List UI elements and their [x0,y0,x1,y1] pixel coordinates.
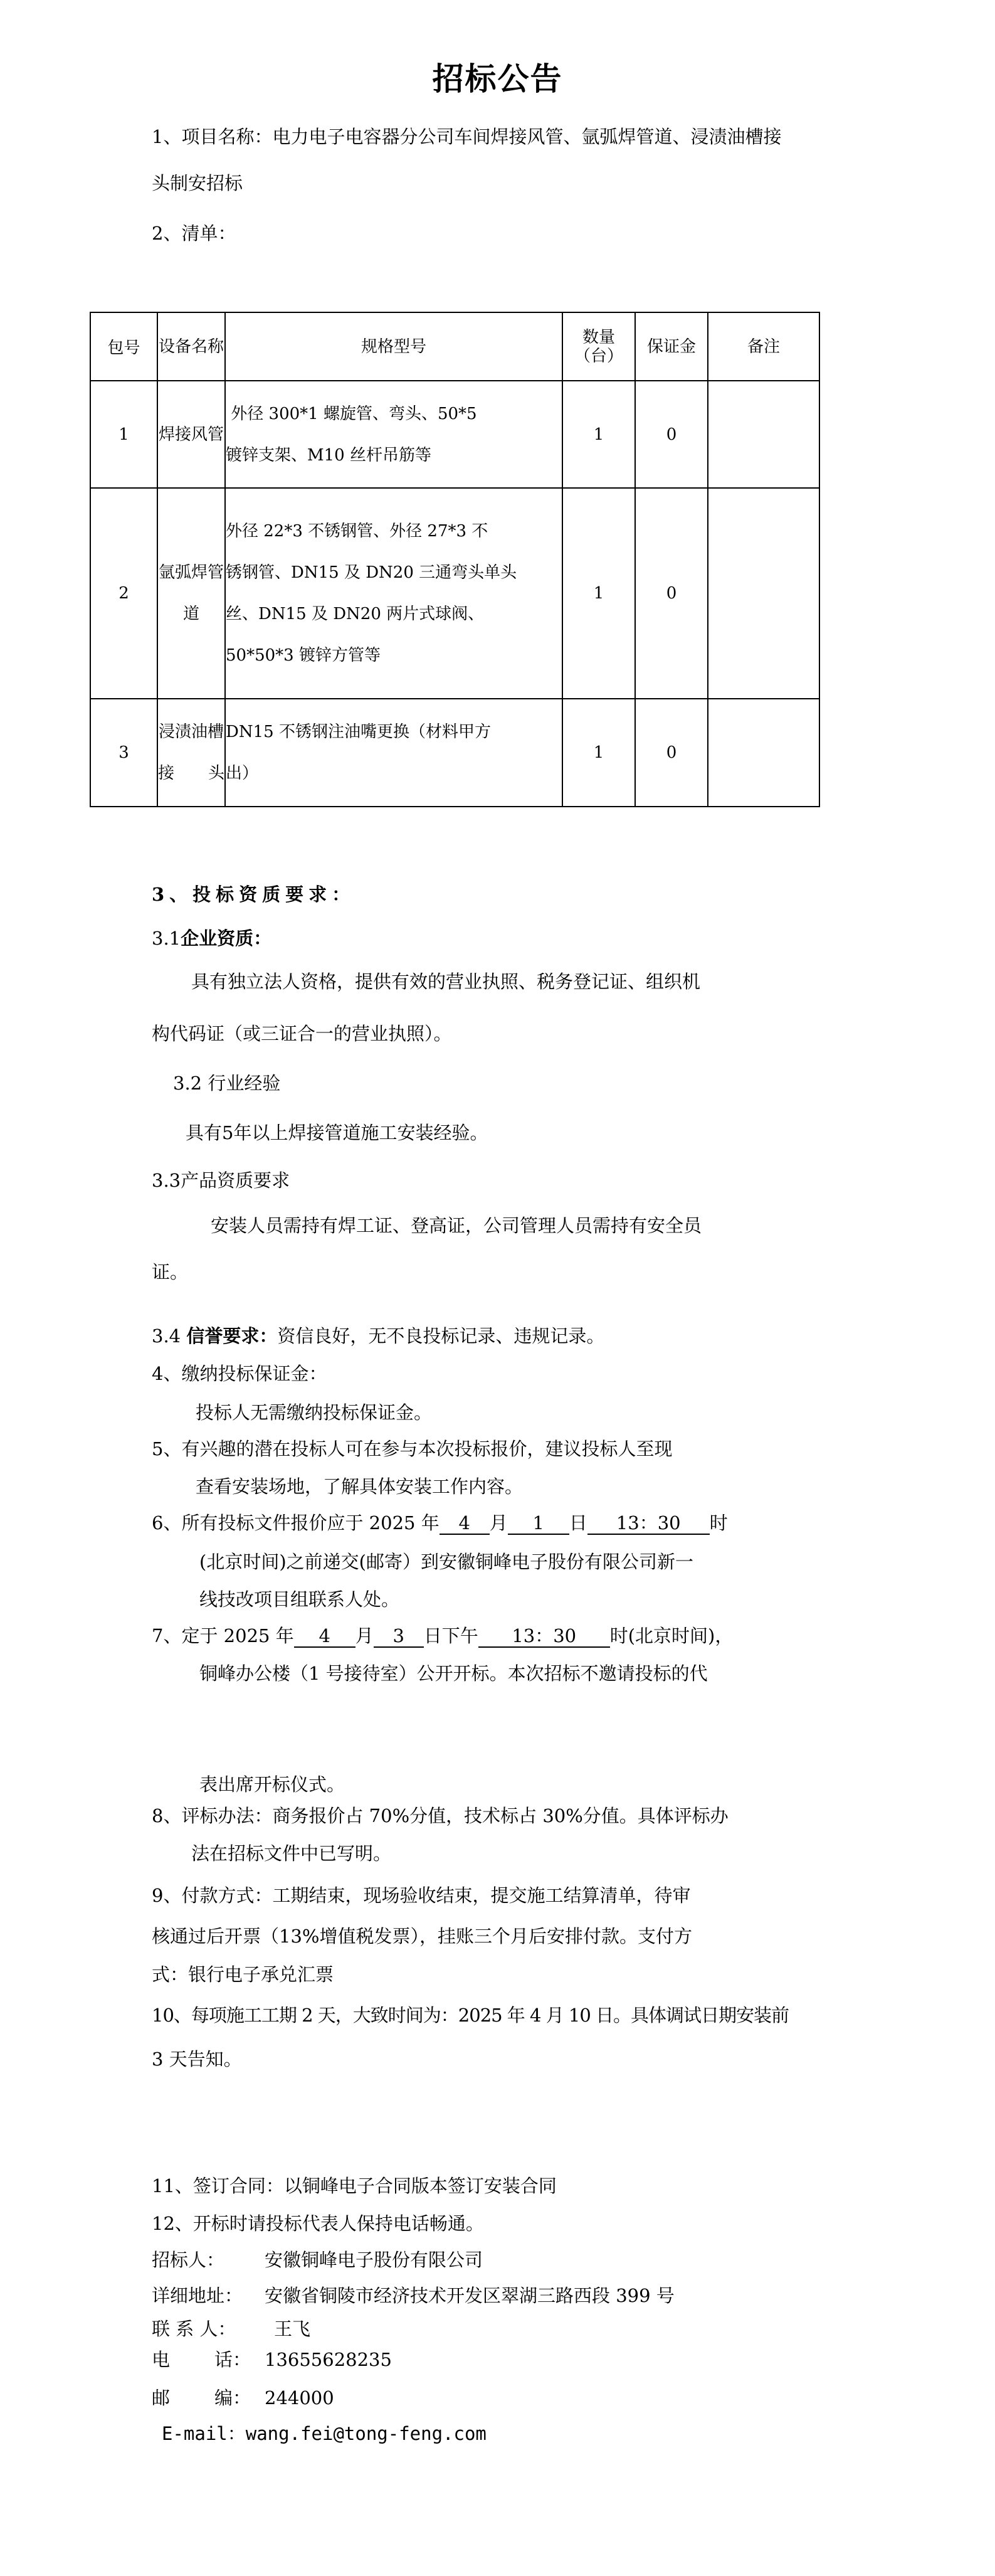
spec-line: 外径 22*3 不锈钢管、外径 27*3 不 [226,511,562,552]
header-quantity: 数量（台） [562,312,635,381]
spec-line: 50*50*3 镀锌方管等 [226,635,562,676]
cell-deposit: 0 [635,699,708,807]
cell-spec: DN15 不锈钢注油嘴更换（材料甲方 出） [225,699,562,807]
address-label: 详细地址： [152,2283,265,2308]
cell-package-no: 1 [90,381,157,488]
contact-person-line: 联 系 人：王飞 [152,2316,310,2341]
cell-quantity: 1 [562,381,635,488]
phone-label-b: 话： [214,2347,265,2372]
product-qualification-heading: 3.3产品资质要求 [152,1168,290,1193]
phone-value[interactable]: 13655628235 [265,2349,392,2370]
submission-deadline-line3: 线技改项目组联系人处。 [199,1587,399,1612]
deadline-time: 13：30 [587,1512,710,1535]
tenderer-label: 招标人： [152,2247,265,2272]
cell-deposit: 0 [635,488,708,699]
day-unit: 日 [569,1512,587,1534]
construction-period-line2: 3 天告知。 [152,2047,242,2072]
enterprise-qualification-heading: 3.1企业资质： [152,926,271,951]
product-qualification-body-line1: 安装人员需持有焊工证、登高证，公司管理人员需持有安全员 [211,1213,702,1238]
spec-line: DN15 不锈钢注油嘴更换（材料甲方 [226,711,562,753]
deadline-day: 1 [508,1512,569,1535]
table-header-row: 包号 设备名称 规格型号 数量（台） 保证金 备注 [90,312,819,381]
industry-experience-body: 具有5年以上焊接管道施工安装经验。 [186,1120,488,1145]
payment-method-line2: 核通过后开票（13%增值税发票），挂账三个月后安排付款。支付方 [152,1924,692,1949]
item-list-table: 包号 设备名称 规格型号 数量（台） 保证金 备注 1 焊接风管 外径 300*… [90,312,820,807]
cell-remarks [708,488,819,699]
enterprise-qualification-body-line2: 构代码证（或三证合一的营业执照）。 [152,1021,452,1046]
bid-opening-line3: 表出席开标仪式。 [199,1772,345,1797]
tenderer-value: 安徽铜峰电子股份有限公司 [265,2249,483,2271]
header-equipment-name: 设备名称 [157,312,225,381]
opening-time: 13：30 [478,1625,610,1648]
bid-opening-line2: 铜峰办公楼（1 号接待室）公开开标。本次招标不邀请投标的代 [199,1661,708,1686]
time-suffix: 时(北京时间)， [610,1625,734,1646]
industry-experience-heading: 3.2 行业经验 [173,1071,280,1096]
construction-period-line1: 10、每项施工工期 2 天，大致时间为：2025 年 4 月 10 日。具体调试… [152,2003,789,2028]
deposit-body: 投标人无需缴纳投标保证金。 [196,1400,432,1425]
opening-prefix: 7、定于 2025 年 [152,1625,294,1646]
day-unit: 日下午 [424,1625,478,1646]
deposit-heading: 4、缴纳投标保证金： [152,1361,327,1386]
project-name-line1: 1、项目名称：电力电子电容器分公司车间焊接风管、氩弧焊管道、浸渍油槽接 [152,124,781,149]
submission-deadline-line1: 6、所有投标文件报价应于 2025 年4月1日13：30时 [152,1510,728,1535]
table-row: 1 焊接风管 外径 300*1 螺旋管、弯头、50*5 镀锌支架、M10 丝杆吊… [90,381,819,488]
product-qualification-body-line2: 证。 [152,1259,188,1285]
project-name-line2: 头制安招标 [152,171,243,196]
contact-person-label: 联 系 人： [152,2316,274,2341]
table-row: 2 氩弧焊管 道 外径 22*3 不锈钢管、外径 27*3 不 锈钢管、DN15… [90,488,819,699]
header-deposit: 保证金 [635,312,708,381]
email-line: E-mail：wang.fei@tong-feng.com [162,2421,487,2446]
document-title: 招标公告 [0,60,995,98]
section-title: 企业资质： [181,928,271,949]
payment-method-line3: 式：银行电子承兑汇票 [152,1962,334,1987]
qualification-heading: 3、投标资质要求： [152,882,355,907]
list-label: 2、清单： [152,221,236,246]
submission-deadline-line2: (北京时间)之前递交(邮寄）到安徽铜峰电子股份有限公司新一 [199,1549,693,1574]
name-line: 道 [158,593,224,635]
header-remarks: 备注 [708,312,819,381]
name-line: 氩弧焊管 [158,552,224,593]
address-value: 安徽省铜陵市经济技术开发区翠湖三路西段 399 号 [265,2285,675,2306]
cell-quantity: 1 [562,699,635,807]
address-line: 详细地址：安徽省铜陵市经济技术开发区翠湖三路西段 399 号 [152,2283,675,2308]
cell-remarks [708,381,819,488]
payment-method-line1: 9、付款方式：工期结束，现场验收结束，提交施工结算清单，待审 [152,1883,690,1908]
section-title: 信誉要求： [186,1325,277,1347]
phone-label-a: 电 [152,2347,214,2372]
site-visit-line2: 查看安装场地，了解具体安装工作内容。 [196,1474,523,1499]
section-number: 3.3 [152,1170,181,1191]
deadline-month: 4 [440,1512,490,1535]
cell-deposit: 0 [635,381,708,488]
spec-line: 外径 300*1 螺旋管、弯头、50*5 [226,393,562,435]
tenderer-line: 招标人：安徽铜峰电子股份有限公司 [152,2247,483,2272]
opening-month: 4 [294,1625,355,1648]
name-line-justified: 接 头 [158,753,224,794]
section-title: 产品资质要求 [181,1170,290,1191]
phone-availability-note: 12、开标时请投标代表人保持电话畅通。 [152,2211,484,2236]
cell-spec: 外径 22*3 不锈钢管、外径 27*3 不 锈钢管、DN15 及 DN20 三… [225,488,562,699]
cell-remarks [708,699,819,807]
cell-spec: 外径 300*1 螺旋管、弯头、50*5 镀锌支架、M10 丝杆吊筋等 [225,381,562,488]
cell-package-no: 3 [90,699,157,807]
bid-opening-line1: 7、定于 2025 年4月3日下午13：30时(北京时间)， [152,1623,733,1648]
postcode-label-a: 邮 [152,2385,214,2410]
evaluation-method-line1: 8、评标办法：商务报价占 70%分值，技术标占 30%分值。具体评标办 [152,1803,729,1828]
email-label: E-mail： [162,2423,246,2444]
postcode-label-b: 编： [214,2385,265,2410]
cell-package-no: 2 [90,488,157,699]
contact-person-value: 王飞 [274,2318,310,2340]
header-spec: 规格型号 [225,312,562,381]
email-value[interactable]: wang.fei@tong-feng.com [246,2423,487,2444]
postcode-value: 244000 [265,2387,334,2409]
postcode-line: 邮编：244000 [152,2385,334,2410]
contract-signing: 11、签订合同：以铜峰电子合同版本签订安装合同 [152,2173,557,2198]
cell-equipment-name: 焊接风管 [157,381,225,488]
month-unit: 月 [490,1512,508,1534]
section-body: 资信良好，无不良投标记录、违规记录。 [277,1325,604,1347]
header-package-no: 包号 [90,312,157,381]
section-number: 3.1 [152,928,181,949]
name-line: 焊接风管 [158,414,224,455]
name-part: 头 [208,753,224,794]
cell-quantity: 1 [562,488,635,699]
table-row: 3 浸渍油槽 接 头 DN15 不锈钢注油嘴更换（材料甲方 出） 1 0 [90,699,819,807]
enterprise-qualification-body-line1: 具有独立法人资格，提供有效的营业执照、税务登记证、组织机 [191,969,700,994]
site-visit-line1: 5、有兴趣的潜在投标人可在参与本次投标报价，建议投标人至现 [152,1436,672,1461]
time-unit: 时 [710,1512,728,1534]
month-unit: 月 [355,1625,374,1646]
cell-equipment-name: 浸渍油槽 接 头 [157,699,225,807]
name-line: 浸渍油槽 [158,711,224,753]
opening-day: 3 [374,1625,424,1648]
credit-requirement: 3.4 信誉要求：资信良好，无不良投标记录、违规记录。 [152,1323,604,1349]
section-number: 3.4 [152,1325,186,1347]
phone-line: 电话：13655628235 [152,2347,392,2372]
spec-line: 锈钢管、DN15 及 DN20 三通弯头单头 [226,552,562,593]
evaluation-method-line2: 法在招标文件中已写明。 [191,1841,391,1866]
deadline-prefix: 6、所有投标文件报价应于 2025 年 [152,1512,440,1534]
spec-line: 镀锌支架、M10 丝杆吊筋等 [226,435,562,476]
spec-line: 出） [226,753,562,794]
cell-equipment-name: 氩弧焊管 道 [157,488,225,699]
spec-line: 丝、DN15 及 DN20 两片式球阀、 [226,593,562,635]
name-part: 接 [158,753,174,794]
